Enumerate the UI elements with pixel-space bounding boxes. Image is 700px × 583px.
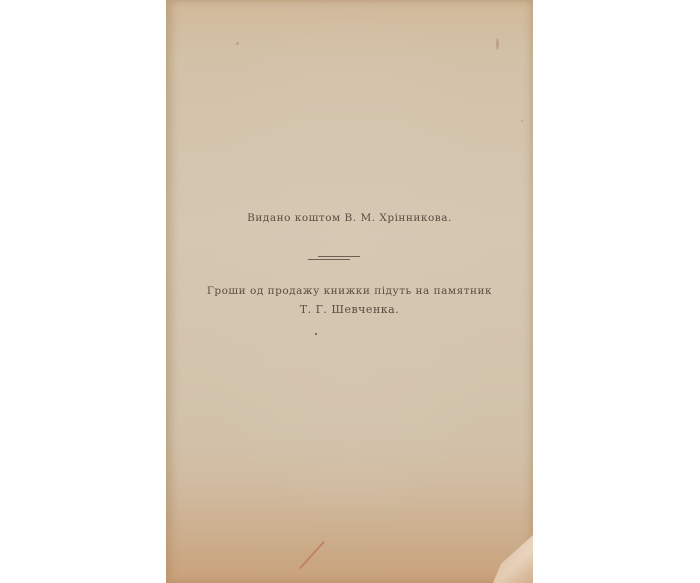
paper-stain — [521, 120, 523, 122]
pencil-mark — [299, 541, 325, 569]
ink-speck — [315, 333, 317, 335]
paper-stain — [496, 38, 499, 50]
publisher-credit: Видано коштом В. М. Хрінникова. — [166, 212, 533, 224]
paper-stain — [236, 42, 239, 45]
book-page: Видано коштом В. М. Хрінникова. Гроши од… — [166, 0, 533, 583]
rule-line-bottom — [308, 259, 350, 260]
folded-corner — [493, 535, 533, 583]
rule-line-top — [318, 256, 360, 257]
ornamental-rule — [308, 256, 362, 262]
proceeds-note-line-2: Т. Г. Шевченка. — [166, 303, 533, 316]
proceeds-note-line-1: Гроши од продажу книжки пiдуть на памятн… — [166, 285, 533, 297]
